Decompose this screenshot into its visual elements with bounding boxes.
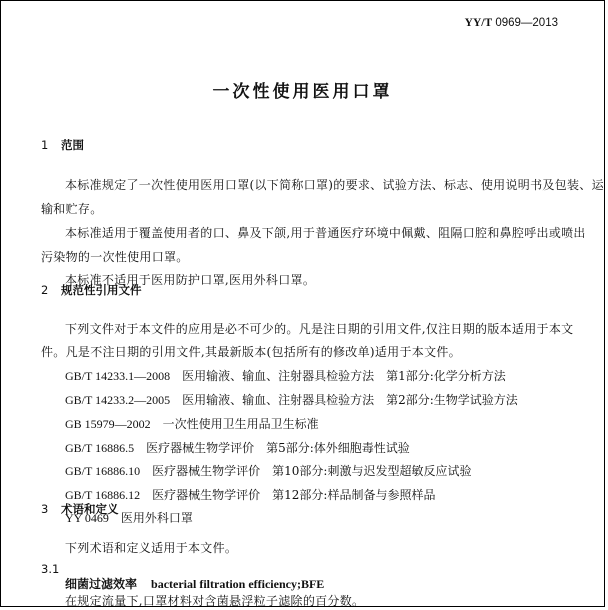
standard-code: 0969—2013 bbox=[495, 17, 558, 29]
reference-item: GB/T 16886.5医疗器械生物学评价 第5部分:体外细胞毒性试验 bbox=[65, 439, 410, 456]
paragraph: 下列术语和定义适用于本文件。 bbox=[65, 539, 237, 556]
paragraph: 本标准规定了一次性使用医用口罩(以下简称口罩)的要求、试验方法、标志、使用说明书… bbox=[65, 176, 604, 193]
reference-item: GB/T 14233.2—2005医用输液、输血、注射器具检验方法 第2部分:生… bbox=[65, 391, 518, 408]
section-number: 2 bbox=[41, 283, 61, 297]
section-1-heading: 1范围 bbox=[41, 137, 84, 153]
paragraph: 本标准适用于覆盖使用者的口、鼻及下颌,用于普通医疗环境中佩戴、阻隔口腔和鼻腔呼出… bbox=[65, 224, 586, 241]
reference-item: GB/T 14233.1—2008医用输液、输血、注射器具检验方法 第1部分:化… bbox=[65, 367, 506, 384]
clause-number: 3.1 bbox=[41, 562, 59, 576]
reference-title: 医用输液、输血、注射器具检验方法 第2部分:生物学试验方法 bbox=[182, 393, 518, 407]
reference-title: 医疗器械生物学评价 第5部分:体外细胞毒性试验 bbox=[146, 441, 410, 455]
standard-prefix: YY/T bbox=[465, 17, 492, 29]
reference-item: GB/T 16886.10医疗器械生物学评价 第10部分:刺激与迟发型超敏反应试… bbox=[65, 462, 471, 479]
reference-title: 医疗器械生物学评价 第12部分:样品制备与参照样品 bbox=[152, 488, 435, 502]
section-title: 范围 bbox=[61, 138, 84, 152]
section-2-heading: 2规范性引用文件 bbox=[41, 282, 142, 298]
document-title: 一次性使用医用口罩 bbox=[1, 77, 604, 102]
term-entry: 细菌过滤效率bacterial filtration efficiency;BF… bbox=[65, 575, 324, 592]
reference-title: 一次性使用卫生用品卫生标准 bbox=[163, 417, 319, 431]
term-definition: 在规定流量下,口罩材料对含菌悬浮粒子滤除的百分数。 bbox=[65, 592, 364, 609]
reference-code: GB/T 16886.10 bbox=[65, 464, 140, 478]
reference-title: 医用输液、输血、注射器具检验方法 第1部分:化学分析方法 bbox=[182, 369, 506, 383]
term-english: bacterial filtration efficiency;BFE bbox=[151, 577, 324, 591]
section-number: 3 bbox=[41, 502, 61, 516]
reference-code: GB/T 14233.2—2005 bbox=[65, 393, 170, 407]
reference-code: GB/T 14233.1—2008 bbox=[65, 369, 170, 383]
reference-code: GB 15979—2002 bbox=[65, 417, 151, 431]
reference-item: GB/T 16886.12医疗器械生物学评价 第12部分:样品制备与参照样品 bbox=[65, 486, 435, 503]
reference-item: GB 15979—2002一次性使用卫生用品卫生标准 bbox=[65, 415, 319, 432]
document-page: YY/T 0969—2013 一次性使用医用口罩 1范围 本标准规定了一次性使用… bbox=[0, 0, 605, 607]
paragraph-continuation: 污染物的一次性使用口罩。 bbox=[41, 248, 189, 265]
reference-title: 医疗器械生物学评价 第10部分:刺激与迟发型超敏反应试验 bbox=[152, 464, 471, 478]
section-title: 术语和定义 bbox=[61, 502, 119, 516]
section-3-heading: 3术语和定义 bbox=[41, 501, 119, 517]
paragraph: 下列文件对于本文件的应用是必不可少的。凡是注日期的引用文件,仅注日期的版本适用于… bbox=[65, 320, 573, 337]
term-chinese: 细菌过滤效率 bbox=[65, 577, 137, 591]
paragraph-continuation: 输和贮存。 bbox=[41, 200, 103, 217]
reference-title: 医用外科口罩 bbox=[121, 511, 193, 525]
standard-number: YY/T 0969—2013 bbox=[465, 17, 558, 29]
paragraph-continuation: 件。凡是不注日期的引用文件,其最新版本(包括所有的修改单)适用于本文件。 bbox=[41, 343, 461, 360]
reference-code: GB/T 16886.5 bbox=[65, 441, 134, 455]
reference-code: GB/T 16886.12 bbox=[65, 488, 140, 502]
section-number: 1 bbox=[41, 138, 61, 152]
section-title: 规范性引用文件 bbox=[61, 283, 142, 297]
